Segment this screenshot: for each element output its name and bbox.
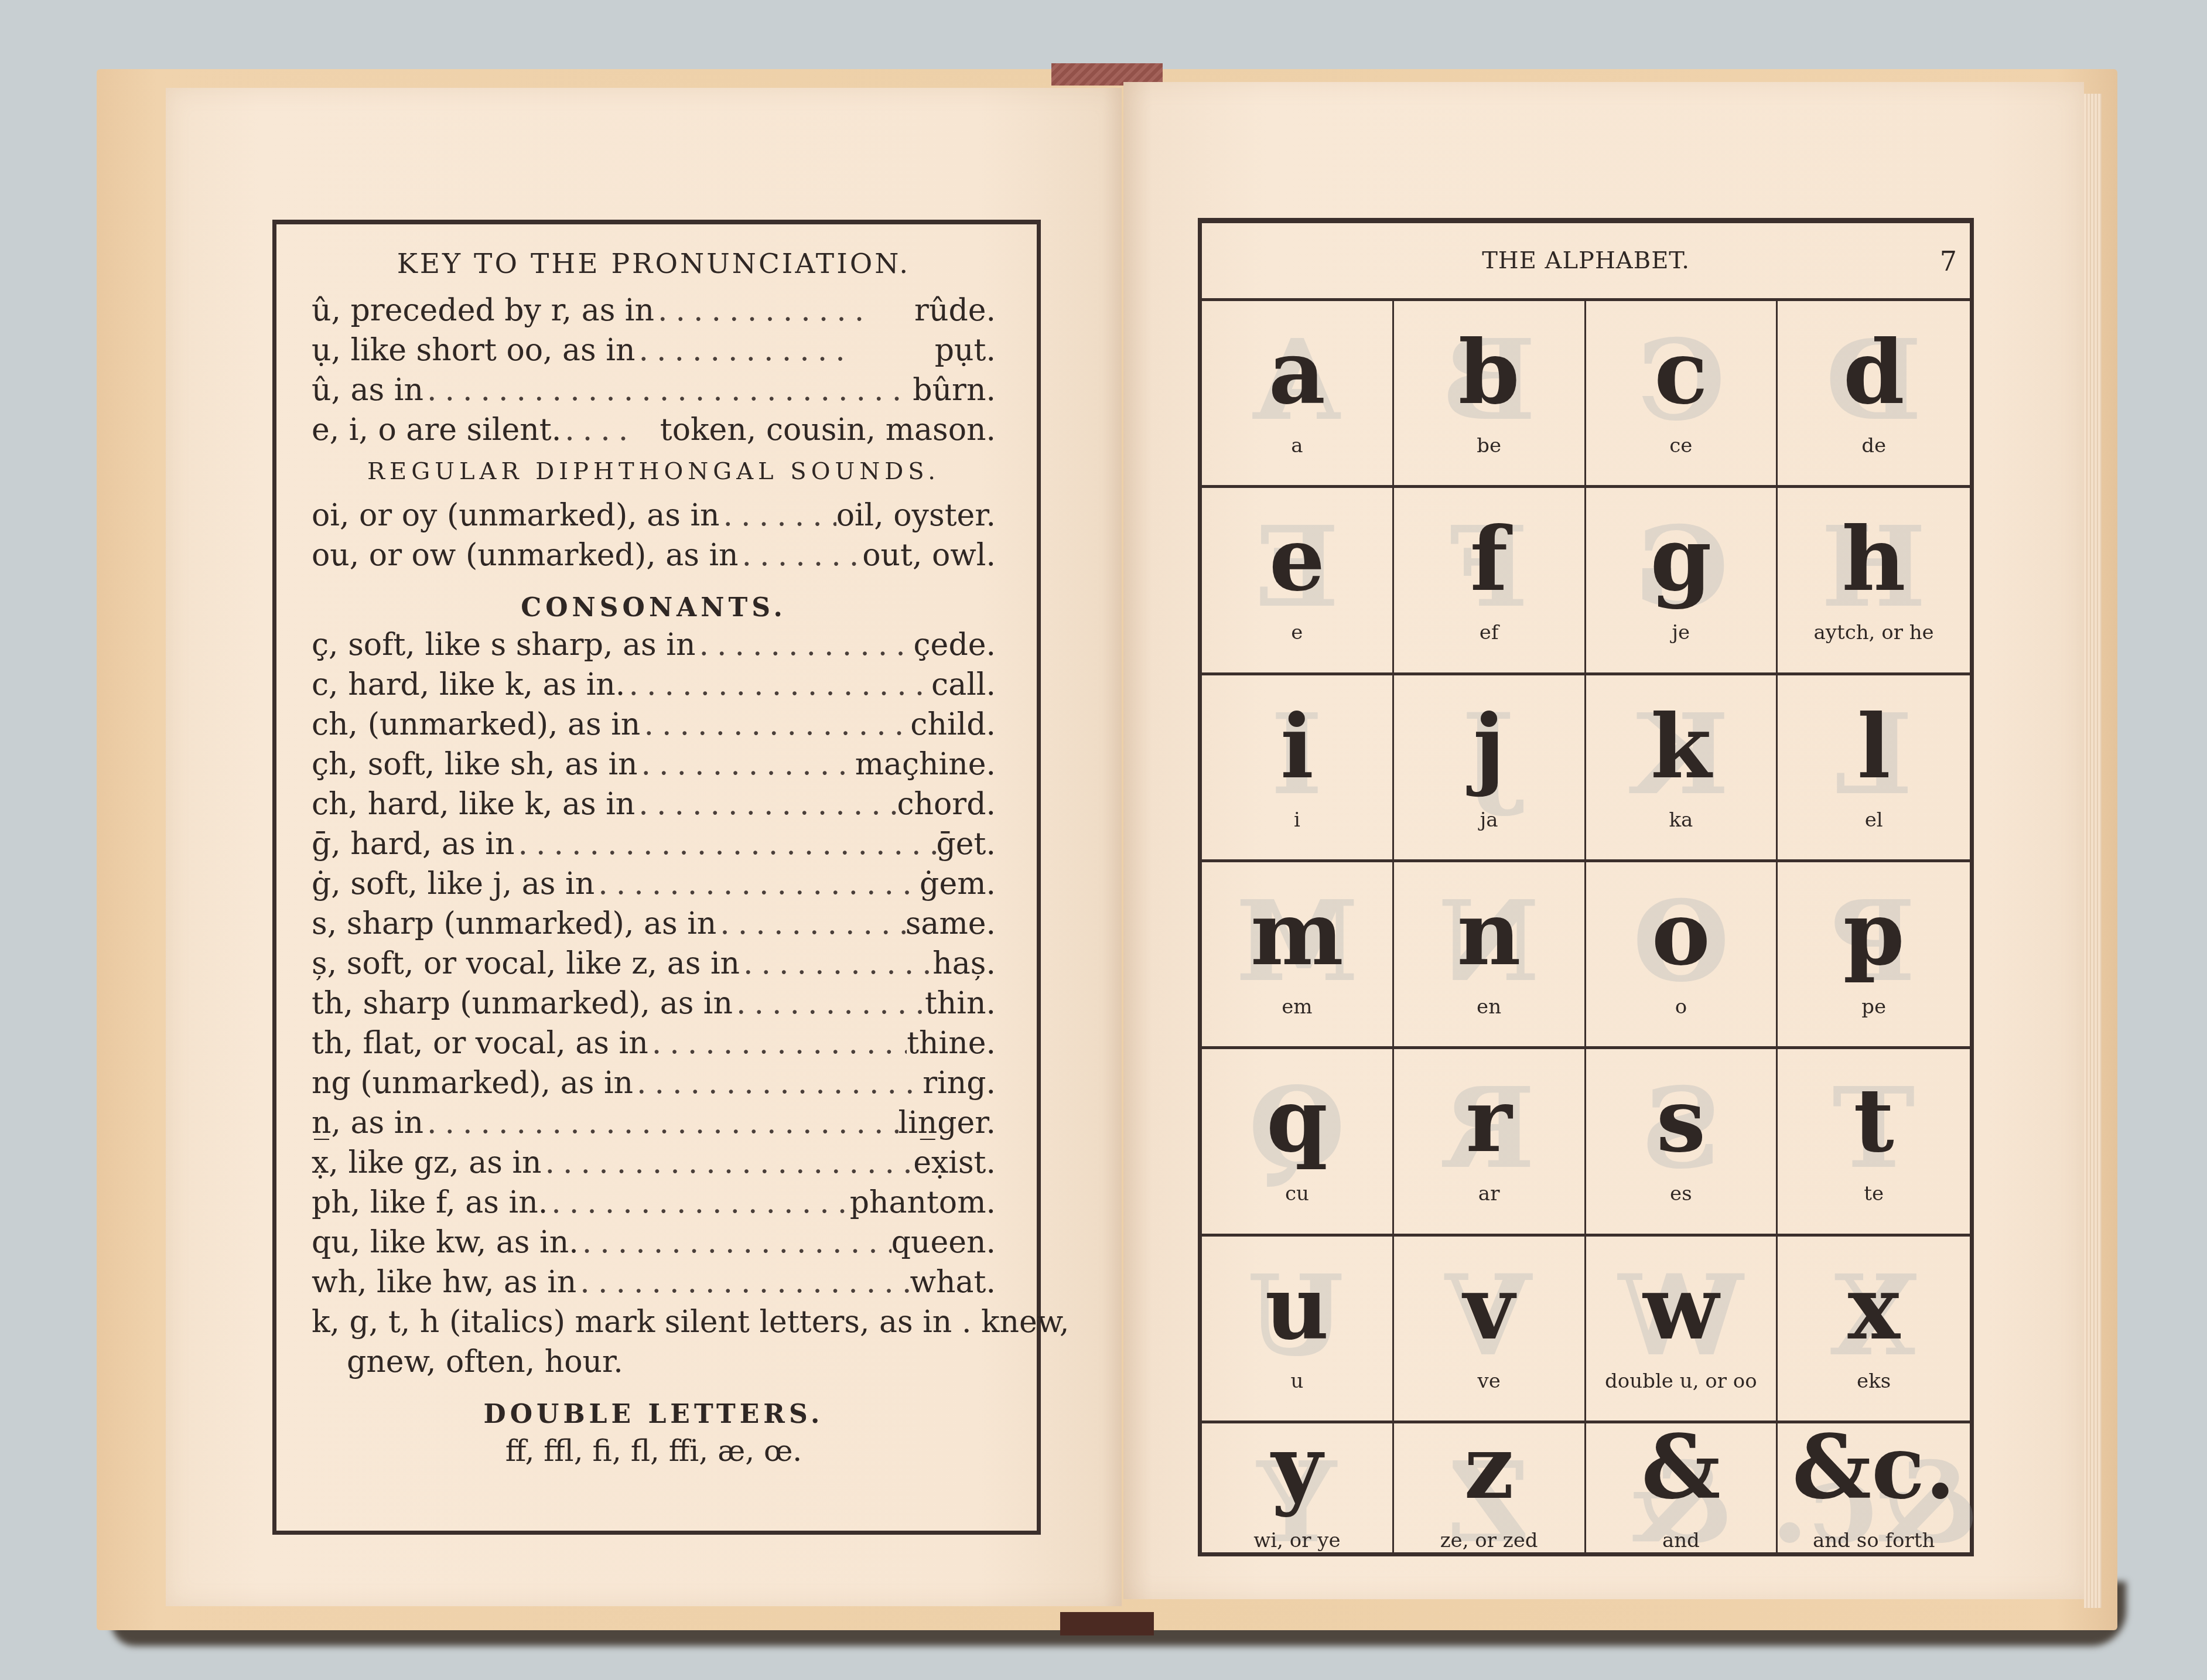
vowel-section: û, preceded by r, as in............rûde.… bbox=[312, 291, 996, 450]
key-row: û, preceded by r, as in............rûde. bbox=[312, 291, 996, 330]
letter-cell: Llel bbox=[1778, 675, 1970, 862]
page-title: THE ALPHABET. bbox=[1482, 247, 1690, 274]
letter-cell: Mmem bbox=[1202, 862, 1394, 1049]
key-row: s, sharp (unmarked), as in..............… bbox=[312, 904, 996, 944]
page-edges bbox=[2084, 94, 2102, 1608]
letter-cell: Iii bbox=[1202, 675, 1394, 862]
key-row: wh, like hw, as in....................wh… bbox=[312, 1262, 996, 1302]
key-row: ç, soft, like s sharp, as in............… bbox=[312, 625, 996, 665]
alphabet-frame: THE ALPHABET. 7 Aaa Bbbe Ccce Ddde Eee F… bbox=[1198, 218, 1974, 1556]
key-row: ou, or ow (unmarked), as in.......out, o… bbox=[312, 535, 996, 575]
letter-cell: Kkka bbox=[1586, 675, 1778, 862]
letter-cell: Hhaytch, or he bbox=[1778, 488, 1970, 675]
key-row: e, i, o are silent.....token, cousin, ma… bbox=[312, 410, 996, 450]
letter-cell: Eee bbox=[1202, 488, 1394, 675]
key-row: ș, soft, or vocal, like z, as in........… bbox=[312, 944, 996, 984]
letter-cell: &c.&c.and so forth bbox=[1778, 1423, 1970, 1552]
consonant-section: ç, soft, like s sharp, as in............… bbox=[312, 625, 996, 1302]
key-row: ph, like f, as in.....................ph… bbox=[312, 1183, 996, 1223]
letter-cell: Jjja bbox=[1394, 675, 1586, 862]
key-row: th, flat, or vocal, as in...............… bbox=[312, 1023, 996, 1063]
key-row: û, as in..............................bû… bbox=[312, 370, 996, 410]
letter-cell: Ggje bbox=[1586, 488, 1778, 675]
double-letters-heading: DOUBLE LETTERS. bbox=[312, 1399, 996, 1429]
letter-cell: Uuu bbox=[1202, 1237, 1394, 1423]
key-title: KEY TO THE PRONUNCIATION. bbox=[312, 248, 996, 280]
letter-cell: Pppe bbox=[1778, 862, 1970, 1049]
letter-cell: Zzze, or zed bbox=[1394, 1423, 1586, 1552]
letter-cell: Vvve bbox=[1394, 1237, 1586, 1423]
key-row: oi, or oy (unmarked), as in.......oil, o… bbox=[312, 496, 996, 535]
pronunciation-key-frame: KEY TO THE PRONUNCIATION. û, preceded by… bbox=[272, 220, 1041, 1535]
letter-cell: Yywi, or ye bbox=[1202, 1423, 1394, 1552]
key-row: c, hard, like k, as in..................… bbox=[312, 665, 996, 705]
letter-cell: Nnen bbox=[1394, 862, 1586, 1049]
key-row: ch, (unmarked), as in...................… bbox=[312, 705, 996, 745]
key-row: ġ, soft, like j, as in..................… bbox=[312, 864, 996, 904]
letter-cell: Ttte bbox=[1778, 1049, 1970, 1236]
letter-cell: Ccce bbox=[1586, 301, 1778, 488]
letter-cell: Ddde bbox=[1778, 301, 1970, 488]
silent-letters-note-continued: gnew, often, hour. bbox=[312, 1342, 996, 1382]
letter-cell: Sses bbox=[1586, 1049, 1778, 1236]
key-row: n̲, as in..............................l… bbox=[312, 1103, 996, 1143]
key-row: x̣, like gz, as in......................… bbox=[312, 1143, 996, 1183]
letter-cell: Bbbe bbox=[1394, 301, 1586, 488]
page-number: 7 bbox=[1940, 245, 1957, 277]
running-header: THE ALPHABET. 7 bbox=[1202, 223, 1970, 301]
letter-cell: Rrar bbox=[1394, 1049, 1586, 1236]
letter-cell: Qqcu bbox=[1202, 1049, 1394, 1236]
alphabet-grid: Aaa Bbbe Ccce Ddde Eee Ffef Ggje Hhaytch… bbox=[1202, 301, 1970, 1552]
tailband bbox=[1060, 1612, 1154, 1635]
key-row: th, sharp (unmarked), as in.............… bbox=[312, 984, 996, 1023]
double-letters-list: ff, ffl, fi, fl, ffi, æ, œ. bbox=[312, 1434, 996, 1468]
diphthong-heading: REGULAR DIPHTHONGAL SOUNDS. bbox=[312, 458, 996, 485]
letter-cell: &&and bbox=[1586, 1423, 1778, 1552]
key-row: çh, soft, like sh, as in................… bbox=[312, 745, 996, 784]
letter-cell: Aaa bbox=[1202, 301, 1394, 488]
key-row: ḡ, hard, as in..........................… bbox=[312, 824, 996, 864]
letter-cell: Ooo bbox=[1586, 862, 1778, 1049]
letter-cell: Xxeks bbox=[1778, 1237, 1970, 1423]
key-row: qu, like kw, as in.....................q… bbox=[312, 1223, 996, 1262]
letter-cell: Wwdouble u, or oo bbox=[1586, 1237, 1778, 1423]
key-row: ụ, like short oo, as in............pụt. bbox=[312, 330, 996, 370]
silent-letters-note: k, g, t, h (italics) mark silent letters… bbox=[312, 1302, 996, 1342]
letter-cell: Ffef bbox=[1394, 488, 1586, 675]
key-row: ch, hard, like k, as in.................… bbox=[312, 784, 996, 824]
key-row: ng (unmarked), as in....................… bbox=[312, 1063, 996, 1103]
consonants-heading: CONSONANTS. bbox=[312, 593, 996, 623]
